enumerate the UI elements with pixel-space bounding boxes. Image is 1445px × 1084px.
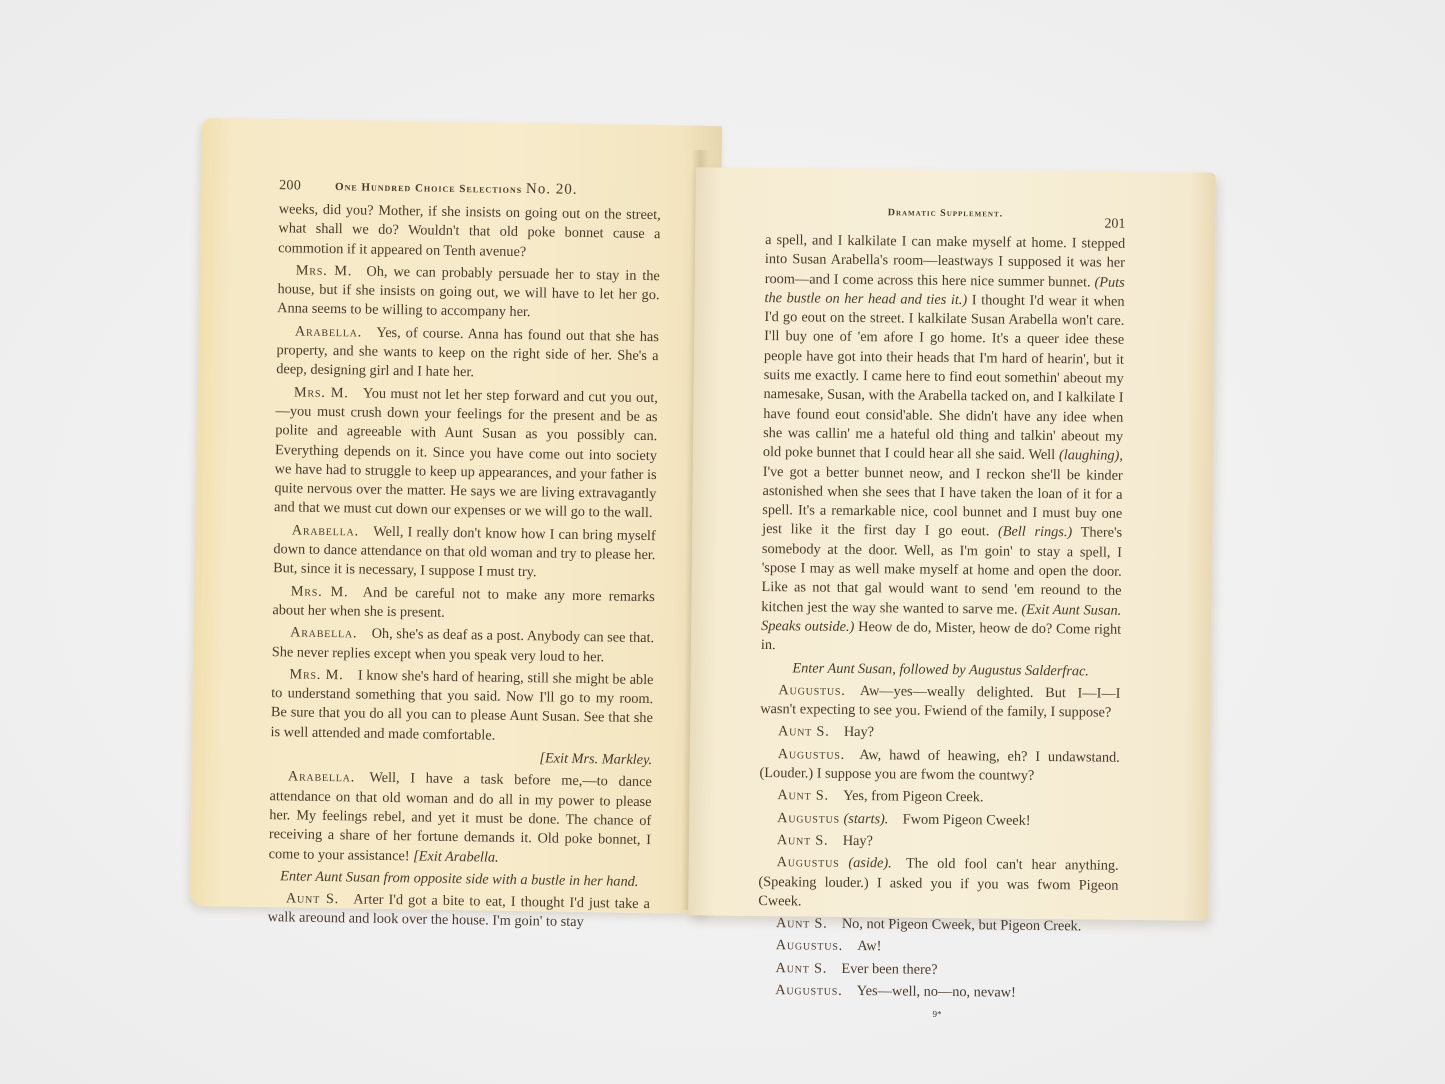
text-run: I thought I'd wear it when I'd go eout o… (763, 292, 1125, 463)
dialogue-text: Hay? (843, 833, 873, 849)
speaker-name: Arabella. (295, 323, 362, 340)
stage-direction: (Bell rings.) (998, 524, 1072, 541)
left-page: 200 One Hundred Choice Selections No. 20… (190, 118, 722, 914)
speaker-name: Aunt S. (775, 960, 827, 977)
right-page: Dramatic Supplement. 201 a spell, and I … (688, 167, 1216, 920)
dialogue-text: Aw! (857, 938, 881, 954)
dialogue-line: Augustus (aside). The old fool can't hea… (758, 853, 1119, 915)
dialogue-line: Augustus. Aw! (758, 936, 1118, 959)
dialogue-line: Augustus. Yes—well, no—no, nevaw! (757, 981, 1117, 1004)
dialogue-line: Aunt S. Hay? (760, 722, 1120, 745)
speaker-name: Arabella. (292, 522, 359, 539)
book-title: One Hundred Choice Selections No. 20. (335, 178, 578, 199)
speaker-name: Mrs. M. (294, 384, 349, 401)
speaker-name: Aunt S. (777, 787, 829, 804)
stage-direction: (aside). (848, 855, 891, 871)
dialogue-line: Mrs. M. I know she's hard of hearing, st… (270, 665, 653, 748)
dialogue-line: Aunt S. Ever been there? (757, 959, 1117, 982)
speaker-name: Arabella. (288, 769, 355, 786)
paragraph: weeks, did you? Mother, if she insists o… (278, 200, 661, 264)
dialogue-text: Yes—well, no—no, nevaw! (857, 983, 1016, 1001)
dialogue-line: Augustus. Aw—yes—weally delighted. But I… (760, 681, 1120, 723)
stage-direction: (laughing) (1059, 447, 1120, 464)
dialogue-text: Hay? (844, 724, 874, 740)
dialogue-text: No, not Pigeon Cweek, but Pigeon Creek. (842, 916, 1082, 935)
speaker-name: Aunt S. (778, 724, 830, 741)
speaker-name: Augustus. (776, 938, 843, 955)
dialogue-line: Aunt S. Arter I'd got a bite to eat, I t… (268, 889, 651, 934)
stage-direction-enter: Enter Aunt Susan, followed by Augustus S… (761, 659, 1121, 682)
speaker-name: Augustus. (778, 682, 845, 699)
open-book: 200 One Hundred Choice Selections No. 20… (0, 0, 1445, 1084)
speaker-name: Aunt S. (286, 890, 339, 907)
right-page-text: a spell, and I kalkilate I can make myse… (757, 231, 1125, 1026)
dialogue-text: Yes, from Pigeon Creek. (843, 788, 983, 805)
speaker-name: Augustus (777, 854, 840, 871)
signature-mark: 9* (757, 1003, 1117, 1026)
stage-direction-enter: Enter Aunt Susan from opposite side with… (268, 867, 650, 892)
dialogue-line: Mrs. M. And be careful not to make any m… (272, 582, 655, 627)
dialogue-lines: Augustus. Aw—yes—weally delighted. But I… (757, 681, 1120, 1004)
stage-direction: [Exit Arabella. (413, 848, 499, 865)
dialogue-line: Mrs. M. You must not let her step forwar… (274, 383, 658, 524)
speaker-name: Augustus. (775, 982, 842, 999)
aunt-susan-monologue: a spell, and I kalkilate I can make myse… (761, 231, 1125, 659)
dialogue-line: Augustus (starts). Fwom Pigeon Cweek! (759, 809, 1119, 832)
dialogue-text: Fwom Pigeon Cweek! (903, 811, 1031, 828)
speaker-name: Mrs. M. (296, 262, 353, 279)
dialogue-line: Arabella. Well, I have a task before me,… (269, 767, 652, 869)
speaker-name: Augustus (777, 810, 840, 827)
speaker-name: Arabella. (290, 625, 357, 642)
speaker-name: Mrs. M. (291, 583, 349, 600)
dialogue-line: Mrs. M. Oh, we can probably persuade her… (277, 261, 660, 325)
dialogue-line: Aunt S. No, not Pigeon Cweek, but Pigeon… (758, 914, 1118, 937)
dialogue-line: Arabella. Yes, of course. Anna has found… (276, 322, 659, 386)
running-head-title: One Hundred Choice Selections (335, 181, 522, 196)
dialogue-line: Augustus. Aw, hawd of heawing, eh? I und… (759, 745, 1119, 787)
left-running-head: 200 One Hundred Choice Selections No. 20… (279, 177, 661, 200)
speaker-name: Aunt S. (777, 832, 829, 849)
dialogue-line: Arabella. Oh, she's as deaf as a post. A… (272, 623, 655, 668)
dialogue-line: Arabella. Well, I really don't know how … (273, 521, 656, 585)
stage-direction: (starts). (843, 810, 888, 826)
speaker-name: Augustus. (778, 746, 845, 763)
text-run: a spell, and I kalkilate I can make myse… (765, 232, 1126, 290)
page-number: 200 (279, 178, 301, 194)
speaker-name: Mrs. M. (289, 666, 343, 683)
dialogue-text: Ever been there? (841, 961, 937, 978)
dialogue-line: Aunt S. Hay? (759, 831, 1119, 854)
dialogue-text: You must not let her step forward and cu… (274, 385, 658, 521)
dialogue-line: Aunt S. Yes, from Pigeon Creek. (759, 786, 1119, 809)
stage-direction-exit: [Exit Mrs. Markley. (270, 745, 652, 770)
speaker-name: Aunt S. (776, 915, 828, 932)
volume-number: No. 20. (526, 181, 578, 198)
left-page-text: weeks, did you? Mother, if she insists o… (268, 200, 661, 934)
